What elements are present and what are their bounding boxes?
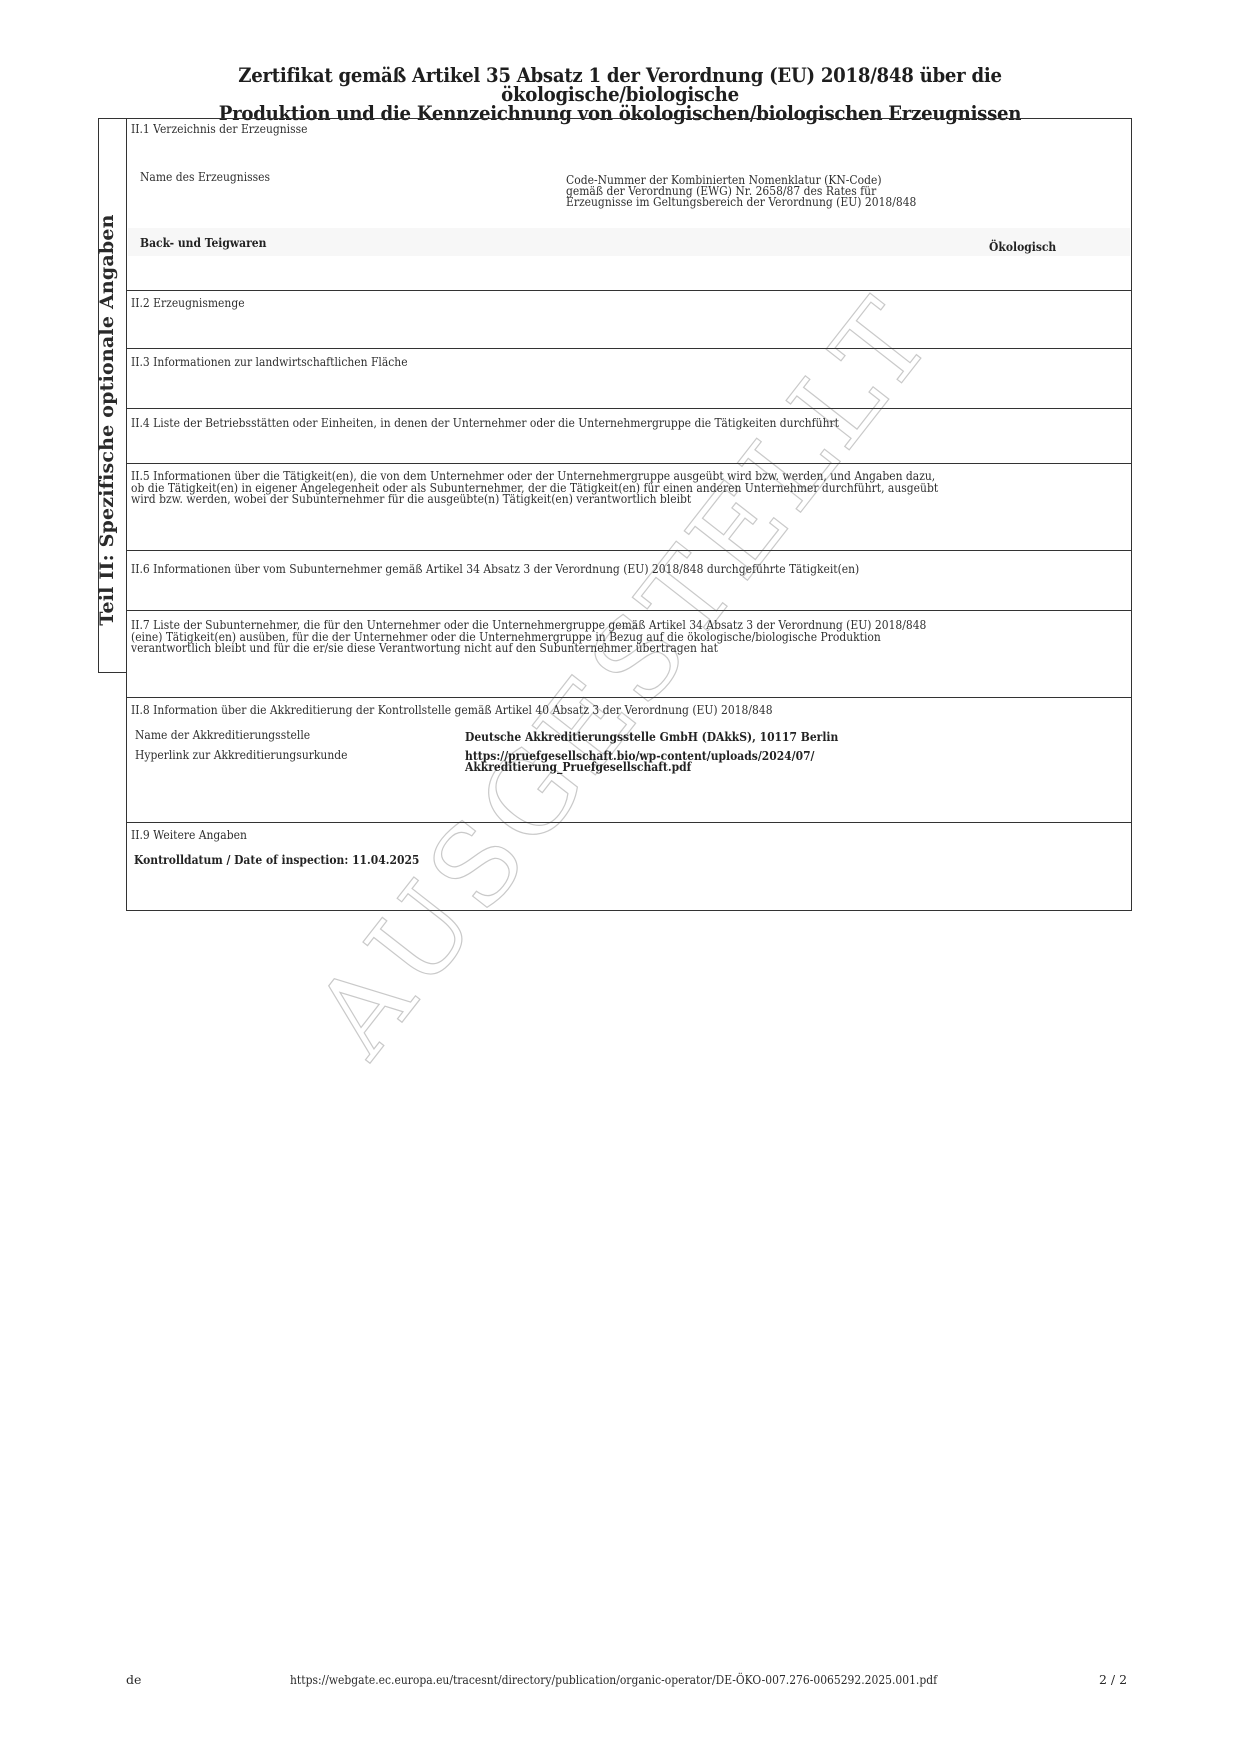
divider-s9 <box>126 822 1132 823</box>
part-two-side-label: Teil II: Spezifische optionale Angaben <box>92 180 122 660</box>
accreditation-body-value: Deutsche Akkreditierungsstelle GmbH (DAk… <box>465 730 838 743</box>
divider-s4 <box>126 408 1132 409</box>
section-2-5-heading: II.5 Informationen über die Tätigkeit(en… <box>131 470 938 505</box>
footer-url[interactable]: https://webgate.ec.europa.eu/tracesnt/di… <box>290 1672 937 1687</box>
table-bottom-border <box>126 910 1132 911</box>
divider-s8 <box>126 697 1132 698</box>
footer-page-number: 2 / 2 <box>1099 1672 1127 1687</box>
table-right-border <box>1131 118 1132 911</box>
product-row-shading <box>128 228 1130 256</box>
accreditation-body-label: Name der Akkreditierungsstelle <box>135 728 310 741</box>
accreditation-link-label: Hyperlink zur Akkreditierungsurkunde <box>135 748 347 761</box>
side-box-bottom-border <box>98 672 126 673</box>
product-name-column-header: Name des Erzeugnisses <box>140 170 270 183</box>
section-2-6-heading: II.6 Informationen über vom Subunternehm… <box>131 562 859 575</box>
side-label-text: Teil II: Spezifische optionale Angaben <box>96 214 118 625</box>
title-line-1: Zertifikat gemäß Artikel 35 Absatz 1 der… <box>136 66 1103 104</box>
divider-s3 <box>126 348 1132 349</box>
document-title: Zertifikat gemäß Artikel 35 Absatz 1 der… <box>136 66 1103 123</box>
divider-s2 <box>126 290 1132 291</box>
divider-s6 <box>126 550 1132 551</box>
watermark-stamp: AUSGESTELLT <box>290 274 958 1079</box>
divider-s7 <box>126 610 1132 611</box>
divider-s5 <box>126 463 1132 464</box>
product-organic-status: Ökologisch <box>989 240 1056 253</box>
section-2-7-line-3: verantwortlich bleibt und für die er/sie… <box>131 642 926 654</box>
section-2-4-heading: II.4 Liste der Betriebsstätten oder Einh… <box>131 416 839 429</box>
section-2-5-line-3: wird bzw. werden, wobei der Subunternehm… <box>131 493 938 505</box>
section-2-1-heading: II.1 Verzeichnis der Erzeugnisse <box>131 122 308 135</box>
section-2-8-heading: II.8 Information über die Akkreditierung… <box>131 703 773 716</box>
section-2-7-heading: II.7 Liste der Subunternehmer, die für d… <box>131 619 926 654</box>
section-2-3-heading: II.3 Informationen zur landwirtschaftlic… <box>131 355 408 368</box>
table-left-border <box>126 118 127 911</box>
section-2-2-heading: II.2 Erzeugnismenge <box>131 296 245 309</box>
kn-code-header-line-3: Erzeugnisse im Geltungsbereich der Veror… <box>566 196 916 207</box>
side-box-top-border <box>98 118 126 119</box>
section-2-9-heading: II.9 Weitere Angaben <box>131 828 247 841</box>
inspection-date: Kontrolldatum / Date of inspection: 11.0… <box>134 853 419 866</box>
table-top-border <box>126 118 1132 119</box>
footer-language: de <box>126 1672 141 1687</box>
product-name-value: Back- und Teigwaren <box>140 236 266 249</box>
kn-code-column-header: Code-Nummer der Kombinierten Nomenklatur… <box>566 174 916 207</box>
accreditation-link[interactable]: https://pruefgesellschaft.bio/wp-content… <box>465 750 814 772</box>
